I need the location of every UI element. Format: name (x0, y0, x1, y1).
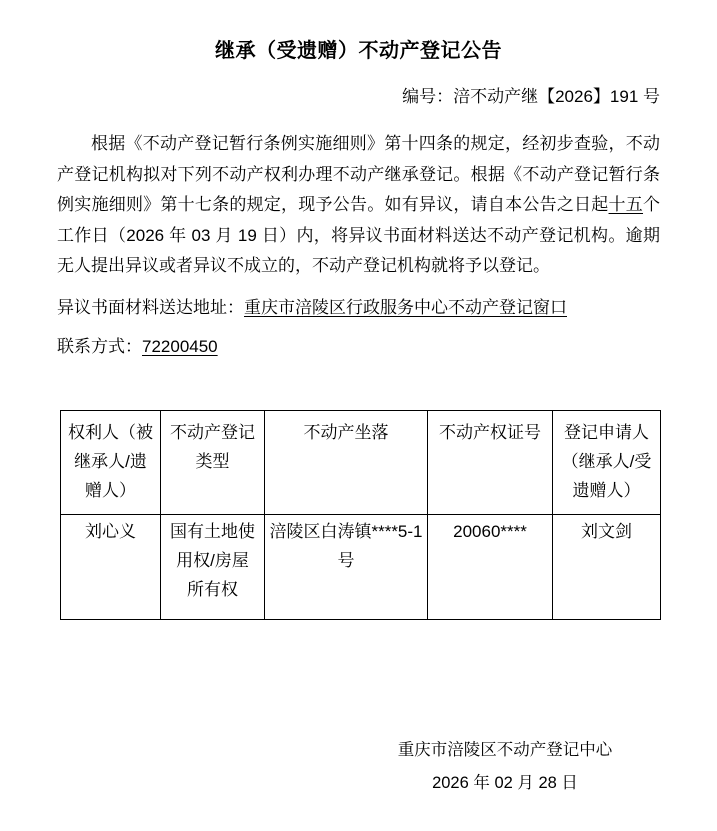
header-registration-type: 不动产登记 类型 (161, 410, 265, 514)
contact-value: 72200450 (142, 337, 218, 356)
address-line: 异议书面材料送达地址：重庆市涪陵区行政服务中心不动产登记窗口 (57, 295, 660, 320)
table-header-row: 权利人（被 继承人/遗 赠人） 不动产登记 类型 不动产坐落 不动产权证号 登记… (61, 410, 661, 514)
address-label: 异议书面材料送达地址： (57, 298, 244, 317)
header-property-location: 不动产坐落 (265, 410, 428, 514)
cell-applicant: 刘文剑 (553, 514, 661, 619)
document-number: 编号：涪不动产继【2026】191 号 (57, 86, 660, 108)
header-certificate-number: 不动产权证号 (428, 410, 553, 514)
deadline-days-underlined: 十五 (609, 195, 643, 214)
issue-date: 2026 年 02 月 28 日 (350, 767, 660, 800)
registration-table: 权利人（被 继承人/遗 赠人） 不动产登记 类型 不动产坐落 不动产权证号 登记… (60, 410, 661, 620)
signature-block: 重庆市涪陵区不动产登记中心 2026 年 02 月 28 日 (350, 734, 660, 800)
header-right-holder: 权利人（被 继承人/遗 赠人） (61, 410, 161, 514)
cell-certificate-number: 20060**** (428, 514, 553, 619)
cell-property-location: 涪陵区白涛镇****5-1 号 (265, 514, 428, 619)
announcement-paragraph: 根据《不动产登记暂行条例实施细则》第十四条的规定，经初步查验，不动产登记机构拟对… (57, 129, 660, 282)
issuing-org: 重庆市涪陵区不动产登记中心 (350, 734, 660, 767)
document-title: 继承（受遗赠）不动产登记公告 (57, 38, 660, 64)
contact-label: 联系方式： (57, 337, 142, 356)
cell-right-holder: 刘心义 (61, 514, 161, 619)
table-row: 刘心义 国有土地使 用权/房屋 所有权 涪陵区白涛镇****5-1 号 2006… (61, 514, 661, 619)
header-applicant: 登记申请人 （继承人/受 遗赠人） (553, 410, 661, 514)
contact-line: 联系方式：72200450 (57, 334, 660, 359)
announcement-document: 继承（受遗赠）不动产登记公告 编号：涪不动产继【2026】191 号 根据《不动… (0, 0, 717, 831)
cell-registration-type: 国有土地使 用权/房屋 所有权 (161, 514, 265, 619)
address-value: 重庆市涪陵区行政服务中心不动产登记窗口 (244, 298, 567, 317)
paragraph-part1: 根据《不动产登记暂行条例实施细则》第十四条的规定，经初步查验，不动产登记机构拟对… (57, 134, 660, 214)
